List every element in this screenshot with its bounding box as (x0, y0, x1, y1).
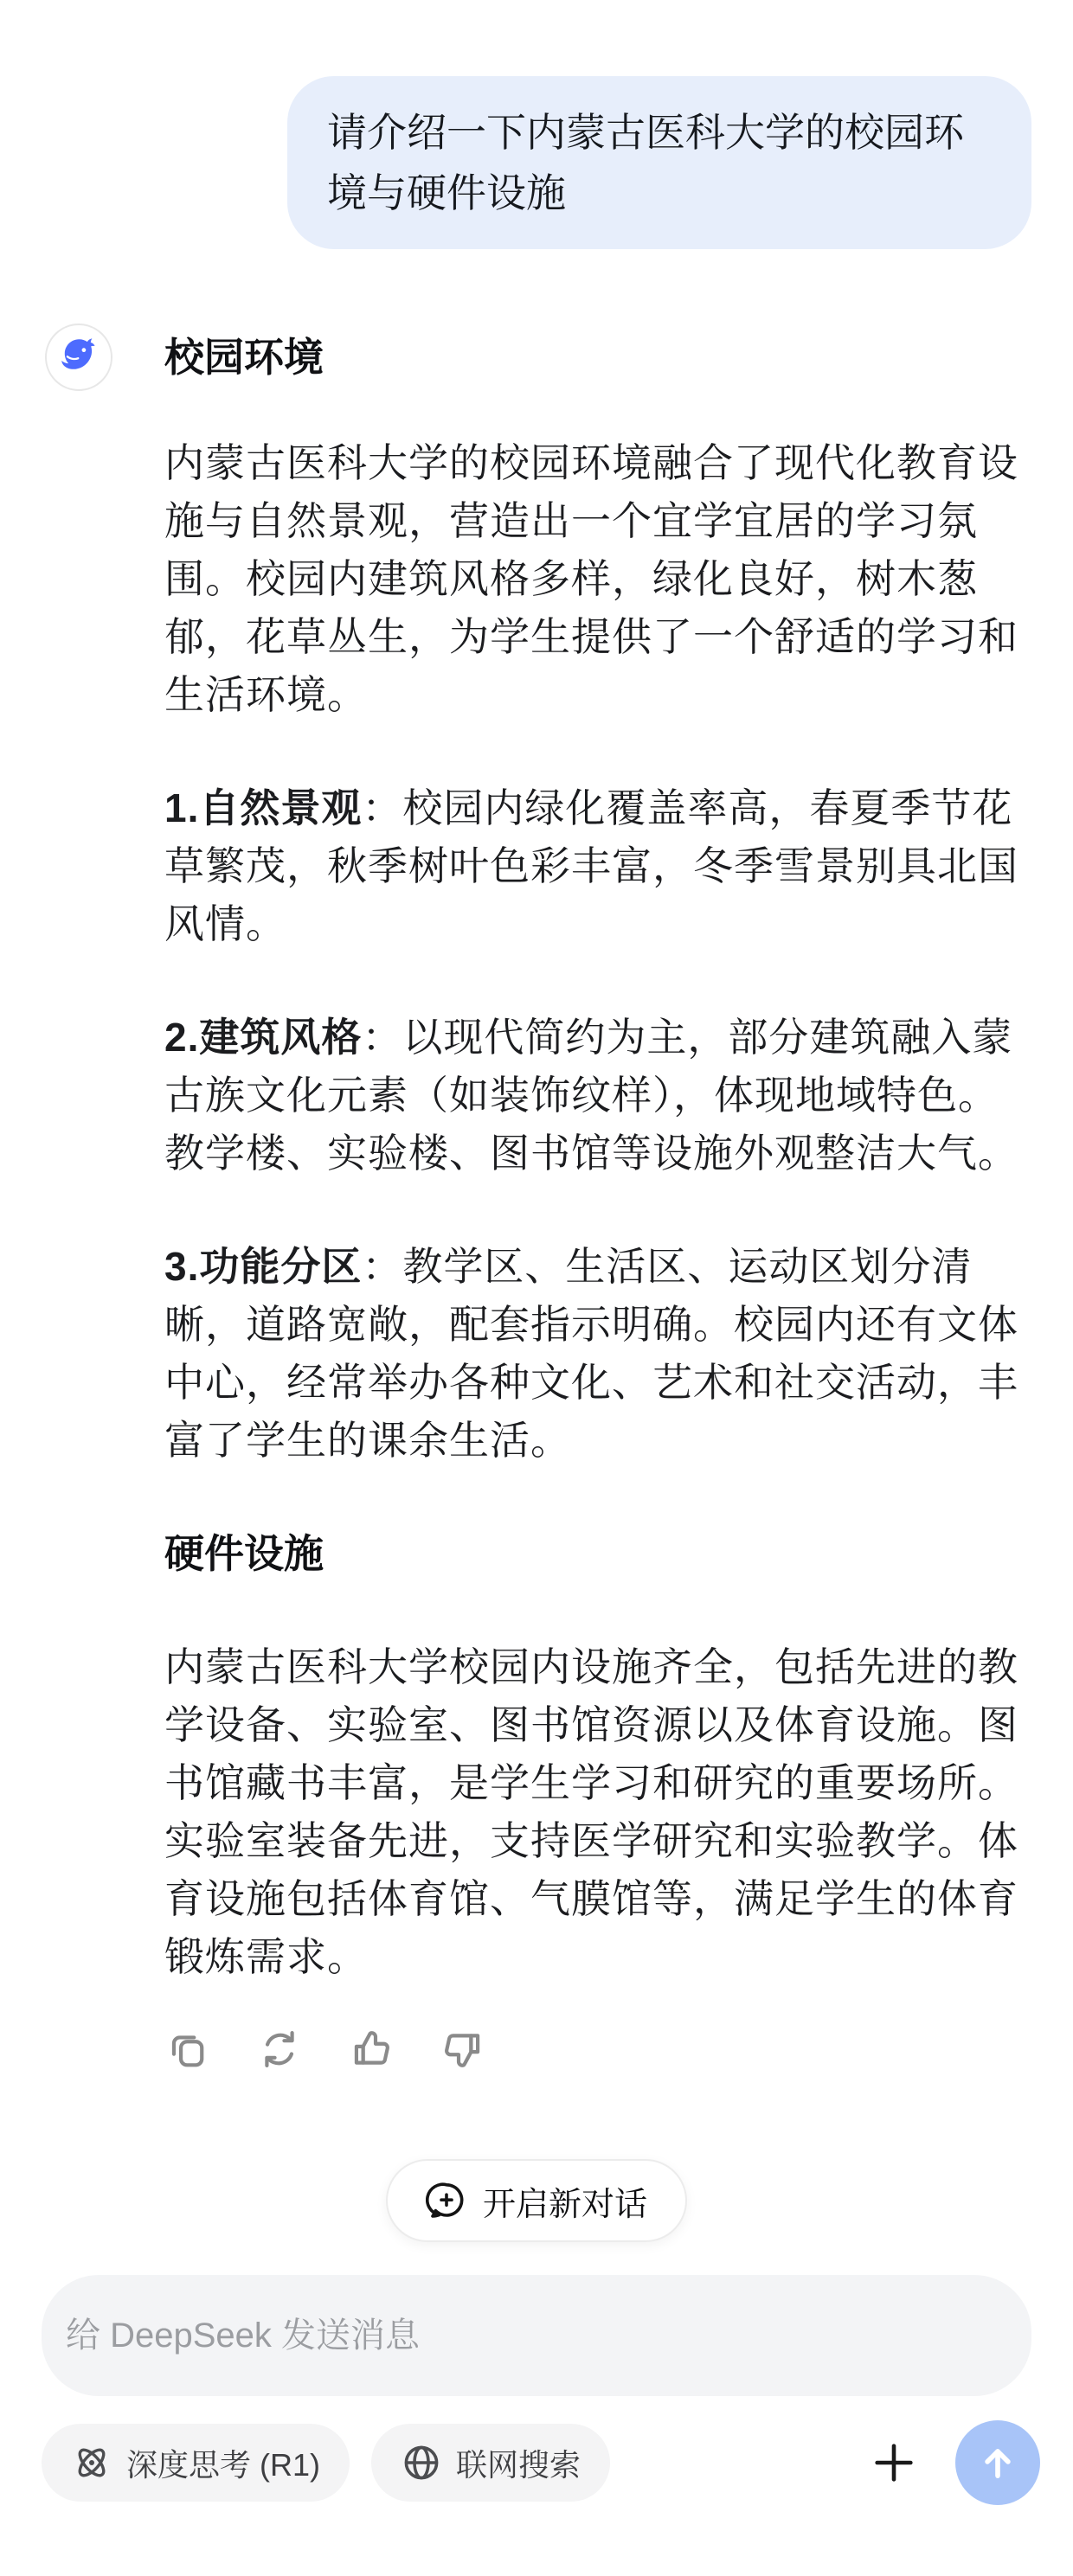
composer-toolbar: 深度思考 (R1) 联网搜索 (42, 2420, 1040, 2505)
arrow-up-icon (975, 2440, 1020, 2485)
thumbs-up-icon[interactable] (350, 2028, 393, 2071)
web-search-toggle[interactable]: 联网搜索 (371, 2424, 610, 2502)
deepseek-avatar (45, 324, 112, 391)
heading-campus-environment: 校园环境 (164, 324, 324, 391)
plus-icon[interactable] (869, 2438, 919, 2488)
user-message-bubble: 请介绍一下内蒙古医科大学的校园环境与硬件设施 (287, 76, 1031, 249)
send-button[interactable] (955, 2420, 1040, 2505)
intro-paragraph: 内蒙古医科大学的校园环境融合了现代化教育设施与自然景观，营造出一个宜学宜居的学习… (164, 434, 1030, 724)
message-input[interactable] (64, 2316, 1009, 2356)
thumbs-down-icon[interactable] (441, 2028, 485, 2071)
user-message-row: 请介绍一下内蒙古医科大学的校园环境与硬件设施 (0, 0, 1073, 249)
deep-think-label: 深度思考 (R1) (126, 2441, 320, 2485)
regenerate-icon[interactable] (258, 2028, 301, 2071)
deep-think-toggle[interactable]: 深度思考 (R1) (42, 2424, 350, 2502)
copy-icon[interactable] (166, 2028, 209, 2071)
list-item-architecture: 2.建筑风格：以现代简约为主，部分建筑融入蒙古族文化元素（如装饰纹样），体现地域… (164, 1009, 1030, 1182)
list-item-label: 1.自然景观 (164, 785, 362, 830)
deepseek-whale-logo-icon (55, 332, 102, 383)
new-chat-label: 开启新对话 (483, 2177, 647, 2225)
assistant-header: 校园环境 (45, 324, 1073, 391)
list-item-zoning: 3.功能分区：教学区、生活区、运动区划分清晰，道路宽敞，配套指示明确。校园内还有… (164, 1238, 1030, 1470)
new-chat-button[interactable]: 开启新对话 (386, 2159, 687, 2242)
message-actions (166, 2028, 1030, 2071)
list-item-natural-scenery: 1.自然景观：校园内绿化覆盖率高，春夏季节花草繁茂，秋季树叶色彩丰富，冬季雪景别… (164, 779, 1030, 953)
list-item-label: 2.建筑风格 (164, 1015, 362, 1060)
globe-icon (401, 2442, 442, 2483)
heading-hardware-facilities: 硬件设施 (164, 1525, 1030, 1583)
new-chat-bubble-plus-icon (426, 2180, 467, 2221)
assistant-message-body: 内蒙古医科大学的校园环境融合了现代化教育设施与自然景观，营造出一个宜学宜居的学习… (164, 434, 1030, 2071)
new-chat-row: 开启新对话 (0, 2159, 1073, 2242)
list-item-label: 3.功能分区 (164, 1244, 362, 1289)
facilities-paragraph: 内蒙古医科大学校园内设施齐全，包括先进的教学设备、实验室、图书馆资源以及体育设施… (164, 1638, 1030, 1986)
composer-input-box[interactable] (42, 2275, 1031, 2396)
web-search-label: 联网搜索 (456, 2441, 581, 2485)
atom-icon (71, 2442, 112, 2483)
